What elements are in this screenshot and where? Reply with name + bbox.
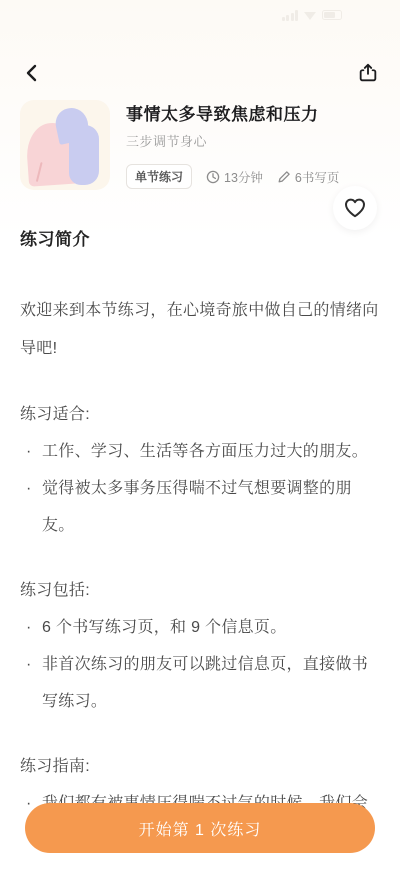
exercise-card: 事情太多导致焦虑和压力 三步调节身心 单节练习 13分钟 [20,100,380,190]
section-includes: 练习包括: · 6 个书写练习页，和 9 个信息页。 · 非首次练习的朋友可以跳… [20,572,380,720]
exercise-duration-label: 13分钟 [224,168,263,186]
exercise-pages-label: 6书写页 [295,168,339,186]
list-item: · 工作、学习、生活等各方面压力过大的朋友。 [20,433,380,470]
exercise-type-badge: 单节练习 [126,164,192,189]
share-icon [357,62,379,84]
intro-heading: 练习简介 [20,228,380,252]
list-item: · 觉得被太多事务压得喘不过气想要调整的朋友。 [20,470,380,544]
heart-icon [343,197,367,219]
section-suitable-label: 练习适合: [20,396,380,433]
exercise-intro-screen: 事情太多导致焦虑和压力 三步调节身心 单节练习 13分钟 [0,0,400,888]
list-item: · 非首次练习的朋友可以跳过信息页，直接做书写练习。 [20,646,380,720]
list-item-text: 工作、学习、生活等各方面压力过大的朋友。 [42,433,380,470]
wifi-icon [304,10,316,20]
signal-icon [282,10,299,21]
share-button[interactable] [352,57,384,89]
list-item: · 6 个书写练习页，和 9 个信息页。 [20,609,380,646]
chevron-left-icon [22,63,42,83]
section-guide-label: 练习指南: [20,748,380,785]
list-item-text: 非首次练习的朋友可以跳过信息页，直接做书写练习。 [42,646,380,720]
section-includes-label: 练习包括: [20,572,380,609]
pen-icon [277,170,291,184]
exercise-duration: 13分钟 [206,168,263,186]
intro-content: 练习简介 欢迎来到本节练习，在心境奇旅中做自己的情绪向导吧! 练习适合: · 工… [20,228,380,859]
back-button[interactable] [16,57,48,89]
bullet-dot: · [20,470,42,544]
exercise-thumbnail [20,100,110,190]
exercise-meta-row: 单节练习 13分钟 6书 [126,164,339,189]
bullet-dot: · [20,433,42,470]
start-exercise-button[interactable]: 开始第 1 次练习 [25,803,375,853]
battery-icon [322,10,342,20]
list-item-text: 6 个书写练习页，和 9 个信息页。 [42,609,380,646]
status-bar [0,0,400,30]
list-item-text: 觉得被太多事务压得喘不过气想要调整的朋友。 [42,470,380,544]
bullet-dot: · [20,646,42,720]
exercise-card-info: 事情太多导致焦虑和压力 三步调节身心 单节练习 13分钟 [126,100,339,190]
exercise-subtitle: 三步调节身心 [126,134,339,150]
welcome-paragraph: 欢迎来到本节练习，在心境奇旅中做自己的情绪向导吧! [20,292,380,368]
bullet-dot: · [20,609,42,646]
exercise-title: 事情太多导致焦虑和压力 [126,104,339,126]
nav-bar [0,54,400,92]
exercise-pages: 6书写页 [277,168,339,186]
clock-icon [206,170,220,184]
section-suitable: 练习适合: · 工作、学习、生活等各方面压力过大的朋友。 · 觉得被太多事务压得… [20,396,380,544]
favorite-button[interactable] [333,186,377,230]
